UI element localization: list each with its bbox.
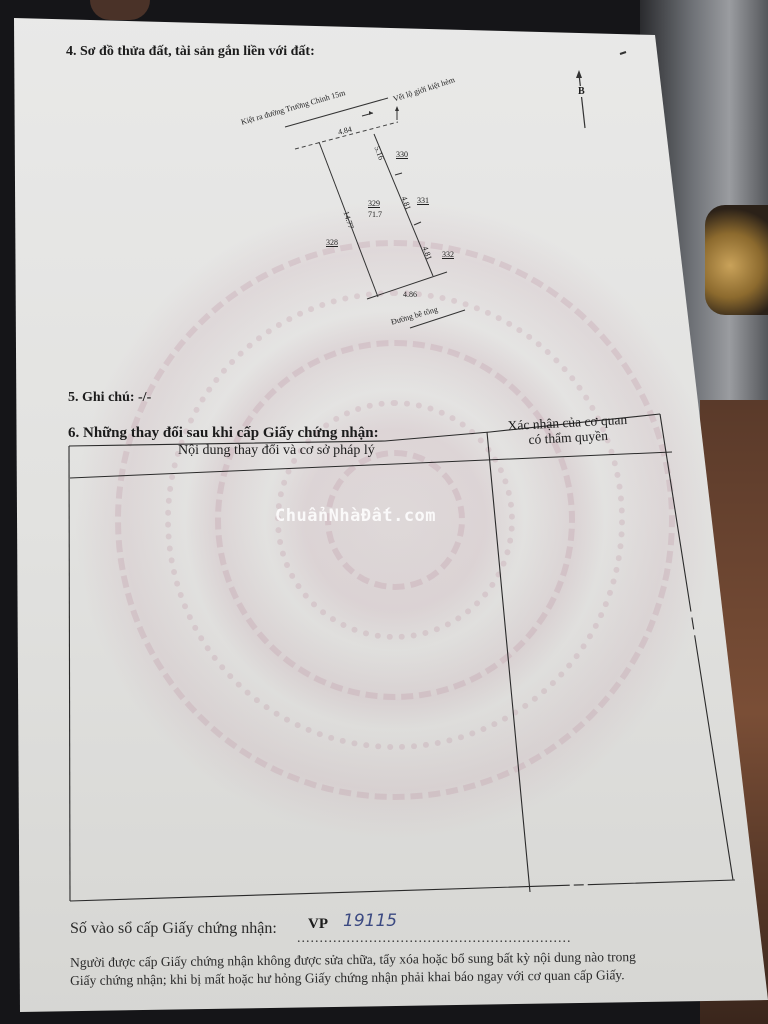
watermark-brand: ChuẩnNhàĐất.com — [275, 506, 436, 526]
registry-label: Số vào sổ cấp Giấy chứng nhận: — [70, 920, 277, 938]
table-header-authority: Xác nhận của cơ quan có thẩm quyền — [507, 412, 628, 448]
registry-prefix: VP — [308, 916, 328, 933]
registry-number: 19115 — [343, 911, 397, 931]
registry-dots: ........................................… — [297, 931, 572, 947]
table-header-content: Nội dung thay đổi và cơ sở pháp lý — [178, 443, 375, 459]
